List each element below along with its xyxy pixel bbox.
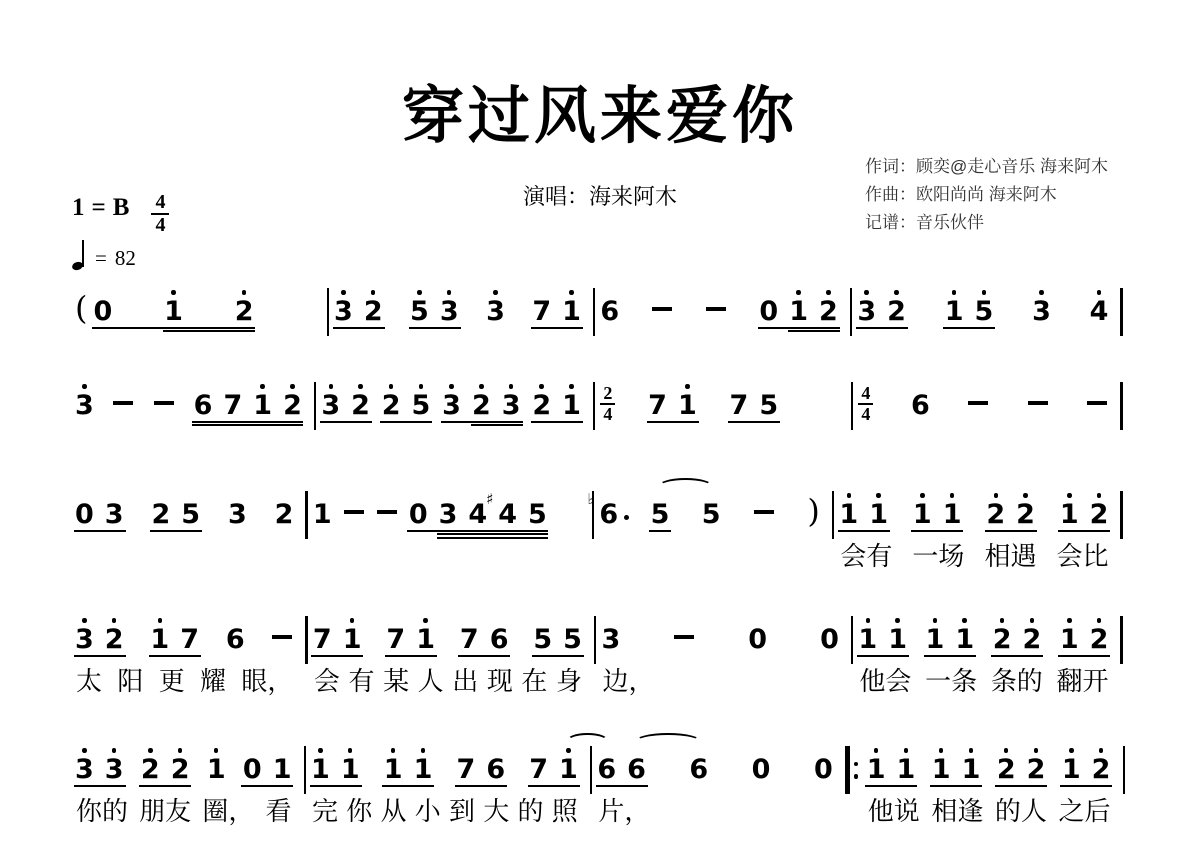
lyric-chunk: 某 (383, 667, 409, 695)
note: 4♯ (498, 491, 517, 529)
note: 1 (678, 382, 697, 420)
lyric-chunk: 到 (449, 797, 475, 825)
note-digit: 1 (858, 625, 877, 654)
beam-underline (320, 421, 372, 423)
note-group: 15 (945, 288, 994, 326)
beam-underline (380, 421, 432, 423)
sustain-dash (343, 491, 365, 529)
note-digit: 1 (1062, 755, 1081, 784)
note: 6 (194, 382, 213, 420)
lyric-chunk: 一场 (912, 542, 964, 570)
beam-underline (441, 421, 523, 423)
note: 6 (911, 382, 930, 420)
note: 2 (1016, 491, 1035, 529)
lyric-line: 片， (592, 797, 844, 825)
lyric-chunk: 照 (552, 797, 578, 825)
note-group: 1 (207, 746, 226, 784)
lyric-chunk: 片， (598, 797, 650, 825)
sustain-dash (651, 288, 673, 326)
barline (1120, 288, 1123, 336)
note-digit: 1 (913, 500, 932, 529)
note: 5 (702, 491, 721, 529)
measure: 3253371 (329, 288, 593, 339)
note-digit: 1 (562, 297, 581, 326)
note-digit: 3 (486, 297, 505, 326)
note: 5 (412, 382, 431, 420)
note-digit: 1 (562, 391, 581, 420)
lyric-chunk: 现 (487, 667, 513, 695)
beam-underline (333, 327, 385, 329)
beam-underline (385, 655, 437, 657)
lyric-chunk: 一条 (925, 667, 977, 695)
lyric-chunk: 你的 (76, 797, 128, 825)
measure-notes: (012 (70, 288, 327, 338)
note-group: 22 (986, 491, 1035, 529)
note-digit: 0 (75, 500, 94, 529)
note-group: 11 (867, 746, 916, 784)
note: 5 (651, 491, 670, 529)
note-group: 03 (75, 491, 124, 529)
beam-underline (924, 655, 976, 657)
note-group: 3 (75, 382, 94, 420)
note-digit: 1 (416, 625, 435, 654)
note-digit: 7 (313, 625, 332, 654)
note-group: 22 (997, 746, 1046, 784)
note: 1 (858, 616, 877, 654)
lyric-chunk: 小 (415, 797, 441, 825)
note: 5 (563, 616, 582, 654)
note: 6 (226, 616, 245, 654)
note-digit: 2 (993, 625, 1012, 654)
note-digit: 2 (364, 297, 383, 326)
note: 1 (945, 288, 964, 326)
parenthesis: ) (807, 491, 819, 529)
note: 6 (597, 746, 616, 784)
note-digit: 1 (559, 755, 578, 784)
note-group: 3 (228, 491, 247, 529)
flat-accidental-icon: ♭ (587, 492, 594, 507)
note-digit: 1 (343, 625, 362, 654)
note-group: 01 (243, 746, 292, 784)
beam-underline (150, 530, 202, 532)
note-digit: 7 (457, 755, 476, 784)
beam-underline (311, 655, 363, 657)
note: 1 (311, 746, 330, 784)
note-group: 11 (913, 491, 962, 529)
note-digit: 1 (869, 500, 888, 529)
note-group: 33 (75, 746, 124, 784)
lyric-chunk: 看 (266, 797, 292, 825)
note: 3 (105, 491, 124, 529)
lyric-chunk: 你 (346, 797, 372, 825)
note: 1 (932, 746, 951, 784)
note-group: 012 (759, 288, 837, 326)
note-digit: 1 (943, 500, 962, 529)
measure-notes: 71717655 (308, 616, 594, 666)
sustain-dash (112, 382, 134, 420)
note-group: 11 (926, 616, 975, 654)
note-digit: 2 (1092, 755, 1111, 784)
beam-underline (241, 785, 293, 787)
note-group: 0 (820, 616, 839, 654)
slur-arc (658, 478, 713, 495)
note-group: 323 (442, 382, 520, 420)
note: 7 (457, 746, 476, 784)
beam-underline (596, 785, 648, 787)
measure-notes: 3253371 (329, 288, 593, 338)
note-group: 71 (386, 616, 435, 654)
note-group: 12 (1062, 746, 1111, 784)
beam-underline (437, 537, 548, 539)
note: 5 (975, 288, 994, 326)
beam-underline (1058, 655, 1110, 657)
note: 1 (1060, 491, 1079, 529)
note-digit: 2 (105, 625, 124, 654)
note: 1 (164, 288, 183, 326)
measure: 321534 (852, 288, 1120, 339)
note-digit: 2 (819, 297, 838, 326)
note: 2 (1092, 746, 1111, 784)
note-group: 6 (911, 382, 930, 420)
measure: 11117671完你从小到大的照 (306, 746, 590, 825)
note-group: 32 (334, 288, 383, 326)
note-group: 71 (313, 616, 362, 654)
note-group: 11 (311, 746, 360, 784)
sustain-dash (705, 288, 727, 326)
note-group: 21 (532, 382, 581, 420)
note: 3 (105, 746, 124, 784)
note: 2 (997, 746, 1016, 784)
note: 6 (490, 616, 509, 654)
measure: 66600片， (592, 746, 844, 825)
note: 2 (105, 616, 124, 654)
note-digit: 0 (814, 755, 833, 784)
sustain-dash (1027, 382, 1049, 420)
note-digit: 4 (468, 500, 487, 529)
note: 7 (313, 616, 332, 654)
note-digit: 5 (702, 500, 721, 529)
note-digit: 1 (313, 500, 332, 529)
note-digit: 1 (207, 755, 226, 784)
note-group: 53 (410, 288, 459, 326)
note-digit: 1 (150, 625, 169, 654)
beam-underline (74, 530, 126, 532)
note-group: 76 (460, 616, 509, 654)
beam-underline (857, 655, 909, 657)
beam-underline (531, 421, 583, 423)
beam-underline (92, 327, 255, 329)
note: 7 (180, 616, 199, 654)
note: 2 (986, 491, 1005, 529)
note: 2 (351, 382, 370, 420)
measure: 322532321 (316, 382, 593, 433)
note-group: 55 (533, 616, 582, 654)
note-group: 32 (321, 382, 370, 420)
note-digit: 3 (502, 391, 521, 420)
note-digit: 7 (648, 391, 667, 420)
measure-notes: 11112212 (862, 746, 1123, 796)
note-group: 11 (932, 746, 981, 784)
note: 1 (962, 746, 981, 784)
measure: 71717655会有某人出现在身 (308, 616, 594, 695)
note-group: 22 (141, 746, 190, 784)
note-digit: 3 (442, 391, 461, 420)
note-digit: 7 (730, 391, 749, 420)
measure-notes: 10344♯5 (308, 491, 592, 541)
lyric-chunk: 阳 (117, 667, 143, 695)
beam-underline (139, 785, 191, 787)
note-group: 25 (382, 382, 431, 420)
time-signature-denominator: 4 (861, 406, 870, 422)
lyric-chunk: 圈， (202, 797, 254, 825)
beam-underline (382, 785, 434, 787)
measure-notes: 11112212 (853, 616, 1120, 666)
note: 7 (532, 288, 551, 326)
lyric-line: 完你从小到大的照 (306, 797, 590, 825)
note-group: 1 (313, 491, 332, 529)
note-digit: 7 (529, 755, 548, 784)
note: 7 (730, 382, 749, 420)
note: 3 (321, 382, 340, 420)
measure: 10344♯5 (308, 491, 592, 542)
note: 6 (486, 746, 505, 784)
note-digit: 1 (867, 755, 886, 784)
score-line: 03253210344♯56♭55)11112212会有一场相遇会比 (70, 491, 1125, 570)
slur-arc (566, 733, 608, 750)
beam-underline (149, 655, 201, 657)
note-digit: 3 (105, 755, 124, 784)
note-digit: 1 (1060, 500, 1079, 529)
note: 1 (897, 746, 916, 784)
measure: 300边， (596, 616, 850, 695)
lyric-chunk: 眼， (241, 667, 293, 695)
note: 1 (955, 616, 974, 654)
note-digit: 4 (498, 500, 517, 529)
beam-underline (930, 785, 982, 787)
note-group: 11 (839, 491, 888, 529)
note-group: 012 (93, 288, 253, 326)
note-digit: 2 (472, 391, 491, 420)
note-digit: 1 (839, 500, 858, 529)
note-digit: 6 (600, 297, 619, 326)
note: 0 (820, 616, 839, 654)
note-digit: 5 (759, 391, 778, 420)
note-group: 32 (857, 288, 906, 326)
note-digit: 1 (789, 297, 808, 326)
note-digit: 3 (440, 297, 459, 326)
lyric-chunk: 完 (312, 797, 338, 825)
lyric-chunk: 的 (518, 797, 544, 825)
note-digit: 2 (1027, 755, 1046, 784)
lyric-line: 他说相逢的人之后 (862, 797, 1123, 825)
note-digit: 1 (962, 755, 981, 784)
note: 2 (819, 288, 838, 326)
note: 2 (472, 382, 491, 420)
beam-underline (943, 327, 995, 329)
beam-underline (838, 530, 890, 532)
beam-underline (758, 327, 840, 329)
note: 3 (601, 616, 620, 654)
note: 6♭ (599, 491, 618, 529)
lyric-chunk: 相遇 (984, 542, 1036, 570)
beam-underline (471, 424, 523, 426)
note-digit: 5 (533, 625, 552, 654)
beam-underline (74, 785, 126, 787)
sustain-dash (673, 616, 695, 654)
measure: 6♭55) (594, 491, 832, 542)
lyric-line: 边， (596, 667, 850, 695)
beam-underline (649, 530, 671, 532)
lyric-chunk: 会比 (1056, 542, 1108, 570)
note-digit: 5 (563, 625, 582, 654)
note-digit: 1 (414, 755, 433, 784)
note: 0 (759, 288, 778, 326)
measure: 446 (853, 382, 1120, 433)
note: 0 (93, 288, 112, 326)
note-digit: 1 (164, 297, 183, 326)
note-digit: 2 (171, 755, 190, 784)
note-digit: 2 (151, 500, 170, 529)
beam-underline (856, 327, 908, 329)
note: 4 (1090, 288, 1109, 326)
measure: 11112212他说相逢的人之后 (862, 746, 1123, 825)
beam-underline (74, 655, 126, 657)
note-digit: 2 (887, 297, 906, 326)
sheet-music-page: 穿过风来爱你 演唱：海来阿木 作词：顾奕@走心音乐 海来阿木 作曲：欧阳尚尚 海… (0, 0, 1200, 850)
score-line: 36712322532321247175446 (70, 382, 1125, 433)
sharp-accidental-icon: ♯ (486, 492, 493, 507)
note: 1 (253, 382, 272, 420)
lyric-chunk: 身 (556, 667, 582, 695)
beam-underline (531, 327, 583, 329)
note: 3 (75, 616, 94, 654)
note: 5 (759, 382, 778, 420)
note-digit: 0 (752, 755, 771, 784)
lyric-chunk: 出 (452, 667, 478, 695)
measure-notes: 322532321 (316, 382, 593, 432)
slur-arc (635, 733, 701, 750)
measure: 032532 (70, 491, 305, 542)
note-group: 6 (600, 288, 619, 326)
beam-underline (532, 655, 584, 657)
note: 2 (1023, 616, 1042, 654)
note-digit: 6 (599, 500, 618, 529)
note-group: 6712 (194, 382, 302, 420)
note-digit: 6 (689, 755, 708, 784)
note-group: 6 (226, 616, 245, 654)
note-digit: 0 (93, 297, 112, 326)
note-digit: 0 (243, 755, 262, 784)
beam-underline (728, 421, 780, 423)
time-signature-numerator: 2 (603, 385, 612, 401)
note-digit: 7 (460, 625, 479, 654)
note: 1 (343, 616, 362, 654)
measure: 11112212他会一条条的翻开 (853, 616, 1120, 695)
note-digit: 5 (651, 500, 670, 529)
note: 3 (442, 382, 461, 420)
beam-underline (455, 785, 507, 787)
note: 7 (460, 616, 479, 654)
beam-underline (647, 421, 699, 423)
note: 1 (867, 746, 886, 784)
note: 5 (528, 491, 547, 529)
note-digit: 2 (986, 500, 1005, 529)
note-digit: 3 (105, 500, 124, 529)
note: 2 (887, 288, 906, 326)
repeat-dots (854, 746, 859, 794)
note-digit: 6 (194, 391, 213, 420)
lyric-chunk: 耀 (200, 667, 226, 695)
note: 1 (888, 616, 907, 654)
measure: 11112212会有一场相遇会比 (834, 491, 1120, 570)
beam-underline (1058, 530, 1110, 532)
lyric-line: 会有某人出现在身 (308, 667, 594, 695)
note-digit: 1 (384, 755, 403, 784)
measure-notes: 36712 (70, 382, 314, 432)
augmentation-dot (624, 515, 629, 520)
note: 2 (151, 491, 170, 529)
note-digit: 5 (975, 297, 994, 326)
note: 3 (439, 491, 458, 529)
note-group: 12 (1060, 616, 1109, 654)
note: 0 (409, 491, 428, 529)
note-digit: 3 (334, 297, 353, 326)
lyric-chunk: 翻开 (1056, 667, 1108, 695)
note: 1 (150, 616, 169, 654)
parenthesis: ( (75, 288, 87, 326)
lyric-chunk: 边， (602, 667, 654, 695)
note: 3 (75, 382, 94, 420)
score-line: 3322101你的朋友圈，看11117671完你从小到大的照66600片，111… (70, 746, 1125, 825)
note-group: 71 (529, 746, 578, 784)
note-digit: 1 (273, 755, 292, 784)
note-digit: 7 (180, 625, 199, 654)
beam-underline (911, 530, 963, 532)
barline (1120, 616, 1123, 664)
note-group: 22 (993, 616, 1042, 654)
lyric-line: 你的朋友圈，看 (70, 797, 304, 825)
note-digit: 2 (141, 755, 160, 784)
measure-notes: 6♭55) (594, 491, 832, 541)
note: 1 (414, 746, 433, 784)
note-group: 3 (1032, 288, 1051, 326)
note-digit: 3 (75, 625, 94, 654)
note-digit: 7 (223, 391, 242, 420)
note: 2 (283, 382, 302, 420)
note: 0 (243, 746, 262, 784)
lyric-chunk: 有 (349, 667, 375, 695)
note-digit: 3 (75, 391, 94, 420)
lyric-chunk: 太 (76, 667, 102, 695)
note: 2 (1090, 491, 1109, 529)
score-line: 32176太阳更耀眼，71717655会有某人出现在身300边，11112212… (70, 616, 1125, 695)
note-digit: 3 (75, 755, 94, 784)
note-digit: 1 (1060, 625, 1079, 654)
sustain-dash (271, 616, 293, 654)
note-digit: 1 (932, 755, 951, 784)
beam-underline (458, 655, 510, 657)
barline (1120, 491, 1123, 539)
note: 1 (341, 746, 360, 784)
note: 2 (141, 746, 160, 784)
time-signature-inline: 24 (600, 385, 615, 422)
time-signature-inline: 44 (858, 385, 873, 422)
note: 5 (410, 288, 429, 326)
note-digit: 3 (321, 391, 340, 420)
sustain-dash (967, 382, 989, 420)
beam-underline (995, 785, 1047, 787)
note: 1 (913, 491, 932, 529)
